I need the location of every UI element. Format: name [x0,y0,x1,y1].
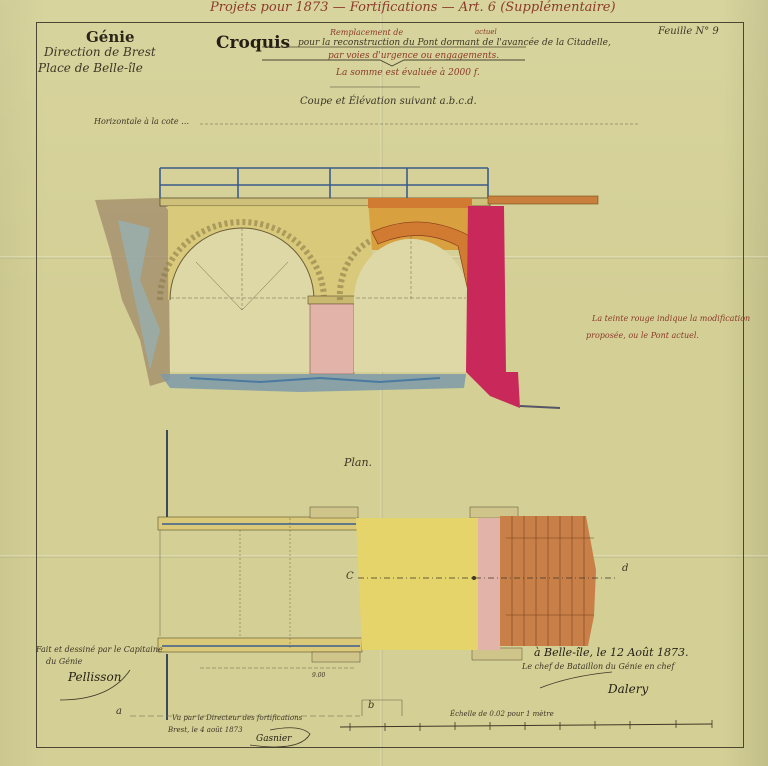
section-a-label: a [116,706,122,717]
scale-label: Échelle de 0.02 pour 1 mètre [450,710,554,718]
verified-line-2: Brest, le 4 août 1873 [168,726,243,734]
bridge-elevation [95,168,598,408]
pier-plan [478,518,500,650]
modification-abutment [466,206,520,408]
plan-caption: Plan. [344,456,372,469]
section-c-label: C [346,571,354,582]
drawing-sheet: Projets pour 1873 — Fortifications — Art… [0,0,768,766]
section-b-label: b [368,700,374,711]
bridge-plan [130,430,618,720]
made-by-line-2: du Génie [46,657,82,666]
section-d-label: d [622,563,628,574]
chief-line: Le chef de Bataillon du Génie en chef [522,662,674,671]
made-by-line-1: Fait et dessiné par le Capitaine [36,645,163,654]
deck-plan [356,518,478,650]
scale-bar [340,720,712,731]
signature-left: Pellisson [68,670,121,684]
verified-line-1: Vu par le Directeur des fortifications [172,714,302,722]
railing [160,168,488,198]
plan-dimension: 9.00 [312,672,325,679]
water-bed [160,374,466,392]
date-line: à Belle-île, le 12 Août 1873. [534,646,689,659]
central-pier [310,304,354,374]
signature-bottom: Gasnier [256,734,291,744]
signature-right: Dalery [608,682,648,696]
